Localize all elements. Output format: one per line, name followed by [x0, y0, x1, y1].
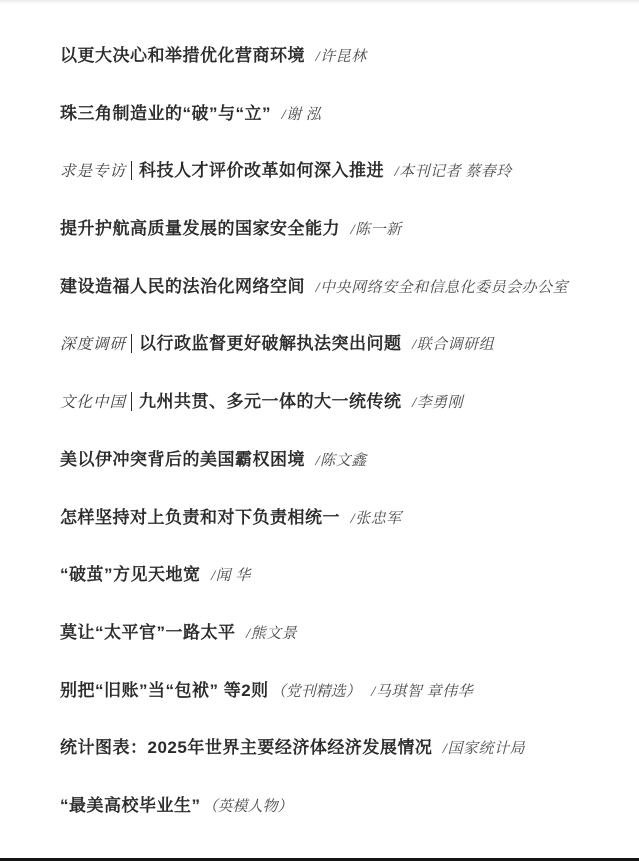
toc-item[interactable]: “最美高校毕业生”（英模人物） — [0, 796, 639, 854]
toc-item-title: 以更大决心和举措优化营商环境 — [60, 46, 305, 65]
toc-item[interactable]: 统计图表：2025年世界主要经济体经济发展情况 /国家统计局 — [0, 738, 639, 796]
toc-item[interactable]: 珠三角制造业的“破”与“立” /谢 泓 — [0, 104, 639, 162]
toc-item[interactable]: 深度调研以行政监督更好破解执法突出问题 /联合调研组 — [0, 334, 639, 392]
page-bottom-rule — [0, 858, 639, 861]
toc-item-title: 九州共贯、多元一体的大一统传统 — [139, 392, 402, 411]
toc-item-title: “最美高校毕业生” — [60, 796, 201, 815]
toc-item-title: 怎样坚持对上负责和对下负责相统一 — [60, 508, 340, 527]
toc-category-label: 求是专访 — [60, 163, 126, 180]
toc-item-title: 莫让“太平官”一路太平 — [60, 623, 236, 642]
toc-item-author: /闻 华 — [211, 568, 251, 584]
toc-item[interactable]: 莫让“太平官”一路太平 /熊文景 — [0, 623, 639, 681]
toc-item-title: 别把“旧账”当“包袱” 等2则 — [60, 681, 269, 700]
toc-item-note: （党刊精选） — [271, 684, 361, 700]
toc-item-title: 珠三角制造业的“破”与“立” — [60, 104, 271, 123]
category-divider-bar — [131, 392, 132, 411]
toc-item-title: 建设造福人民的法治化网络空间 — [60, 277, 305, 296]
toc-item-title: 提升护航高质量发展的国家安全能力 — [60, 219, 340, 238]
toc-item-author: /陈一新 — [350, 222, 401, 238]
toc-category-label: 深度调研 — [60, 336, 126, 353]
toc-item-author: /谢 泓 — [281, 107, 321, 123]
toc-item-title: 统计图表：2025年世界主要经济体经济发展情况 — [60, 738, 432, 757]
toc-item-author: /陈文鑫 — [315, 453, 366, 469]
toc-item[interactable]: 美以伊冲突背后的美国霸权困境 /陈文鑫 — [0, 450, 639, 508]
toc-item[interactable]: 求是专访科技人才评价改革如何深入推进 /本刊记者 蔡春玲 — [0, 161, 639, 219]
toc-item-author: /张忠军 — [350, 511, 401, 527]
toc-item[interactable]: 怎样坚持对上负责和对下负责相统一 /张忠军 — [0, 508, 639, 566]
toc-item-author: /李勇刚 — [412, 395, 463, 411]
category-divider-bar — [131, 334, 132, 353]
toc-item-author: /许昆林 — [315, 49, 366, 65]
toc-category-label: 文化中国 — [60, 394, 126, 411]
toc-item[interactable]: 别把“旧账”当“包袱” 等2则（党刊精选） /马琪智 章伟华 — [0, 681, 639, 739]
toc-item-author: /国家统计局 — [443, 741, 525, 757]
toc-item-title: 科技人才评价改革如何深入推进 — [139, 161, 384, 180]
toc-item-title: 以行政监督更好破解执法突出问题 — [139, 334, 402, 353]
toc-item-author: /本刊记者 蔡春玲 — [394, 164, 511, 180]
toc-item-author: /熊文景 — [246, 626, 297, 642]
toc-item-title: “破茧”方见天地宽 — [60, 565, 201, 584]
toc-item[interactable]: “破茧”方见天地宽 /闻 华 — [0, 565, 639, 623]
toc-item[interactable]: 文化中国九州共贯、多元一体的大一统传统 /李勇刚 — [0, 392, 639, 450]
category-divider-bar — [131, 161, 132, 180]
toc-item-author: /联合调研组 — [412, 337, 494, 353]
toc-item[interactable]: 建设造福人民的法治化网络空间 /中央网络安全和信息化委员会办公室 — [0, 277, 639, 335]
table-of-contents: 以更大决心和举措优化营商环境 /许昆林 珠三角制造业的“破”与“立” /谢 泓 … — [0, 0, 639, 854]
toc-item-author: /中央网络安全和信息化委员会办公室 — [315, 280, 568, 296]
toc-item[interactable]: 以更大决心和举措优化营商环境 /许昆林 — [0, 46, 639, 104]
toc-item-author: /马琪智 章伟华 — [371, 684, 473, 700]
toc-item[interactable]: 提升护航高质量发展的国家安全能力 /陈一新 — [0, 219, 639, 277]
toc-item-note: （英模人物） — [203, 799, 293, 815]
toc-item-title: 美以伊冲突背后的美国霸权困境 — [60, 450, 305, 469]
